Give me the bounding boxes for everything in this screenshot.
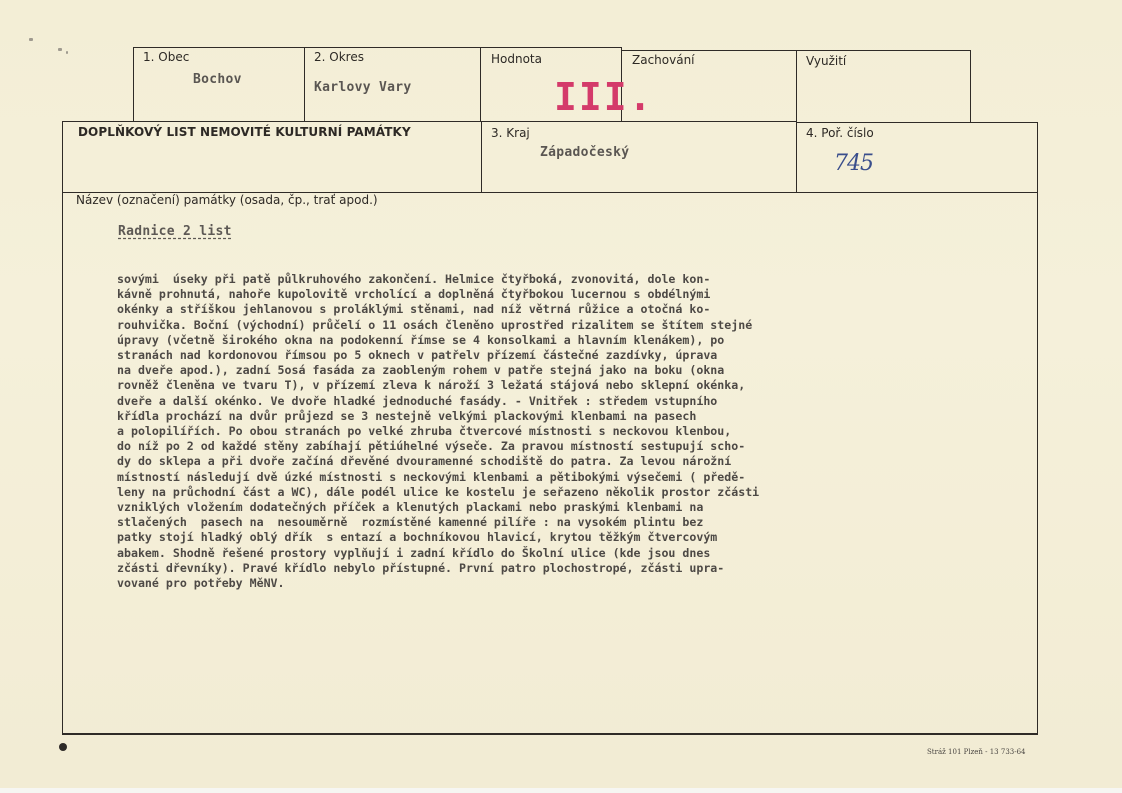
description-line: stlačených pasech na nesouměrně rozmístě… xyxy=(117,515,1027,530)
field-okres-value: Karlovy Vary xyxy=(314,80,412,95)
ink-smudge xyxy=(58,48,62,51)
description-line: úpravy (včetně širokého okna na podokenn… xyxy=(117,333,1027,348)
description-line: rovněž členěna ve tvaru T), v přízemí zl… xyxy=(117,378,1027,393)
description-line: vzniklých vložením dodatečných příček a … xyxy=(117,500,1027,515)
description-line: kávně prohnutá, nahoře kupolovitě vrchol… xyxy=(117,287,1027,302)
ink-smudge xyxy=(66,51,68,54)
scan-edge xyxy=(0,788,1122,793)
field-hodnota-label: Hodnota xyxy=(491,52,542,66)
field-kraj-value: Západočeský xyxy=(540,145,629,160)
field-kraj-label: 3. Kraj xyxy=(491,126,530,140)
field-obec-label: 1. Obec xyxy=(143,50,189,64)
description-line: rouhvička. Boční (východní) průčelí o 11… xyxy=(117,318,1027,333)
printer-imprint: Stráž 101 Plzeň - 13 733-64 xyxy=(927,748,1026,756)
field-obec-value: Bochov xyxy=(193,72,242,87)
field-por-cislo-value: 745 xyxy=(834,151,873,176)
form-title: DOPLŇKOVÝ LIST NEMOVITÉ KULTURNÍ PAMÁTKY xyxy=(78,125,411,139)
description-line: místností následují dvě úzké místnosti s… xyxy=(117,470,1027,485)
ink-smudge xyxy=(29,38,33,41)
monument-title: Radnice 2 list xyxy=(118,224,232,239)
field-vyuziti-label: Využití xyxy=(806,54,846,68)
field-por-cislo-label: 4. Poř. číslo xyxy=(806,126,874,140)
description-line: a polopilířích. Po obou stranách po velk… xyxy=(117,424,1027,439)
description-text: sovými úseky při patě půlkruhového zakon… xyxy=(117,272,1027,591)
description-line: abakem. Shodně řešené prostory vyplňují … xyxy=(117,546,1027,561)
description-line: patky stojí hladký oblý dřík s entazí a … xyxy=(117,530,1027,545)
description-line: křídla prochází na dvůr průjezd se 3 nes… xyxy=(117,409,1027,424)
description-line: vované pro potřeby MěNV. xyxy=(117,576,1027,591)
description-line: dy do sklepa a při dvoře začíná dřevěné … xyxy=(117,454,1027,469)
description-line: na dveře apod.), zadní 5osá fasáda za za… xyxy=(117,363,1027,378)
punch-hole-mark xyxy=(59,743,67,751)
field-okres-label: 2. Okres xyxy=(314,50,364,64)
description-line: stranách nad kordonovou římsou po 5 okne… xyxy=(117,348,1027,363)
name-section-label: Název (označení) památky (osada, čp., tr… xyxy=(76,193,378,207)
description-line: do níž po 2 od každé stěny zabíhají pěti… xyxy=(117,439,1027,454)
description-line: okénky a stříškou jehlanovou s proláklým… xyxy=(117,302,1027,317)
document-page: 1. Obec Bochov 2. Okres Karlovy Vary Hod… xyxy=(0,0,1122,790)
description-line: zčásti dřevníky). Pravé křídlo nebylo př… xyxy=(117,561,1027,576)
description-line: sovými úseky při patě půlkruhového zakon… xyxy=(117,272,1027,287)
field-zachovani-label: Zachování xyxy=(632,53,695,67)
description-line: leny na průchodní část a WC), dále podél… xyxy=(117,485,1027,500)
description-line: dveře a další okénko. Ve dvoře hladké je… xyxy=(117,394,1027,409)
